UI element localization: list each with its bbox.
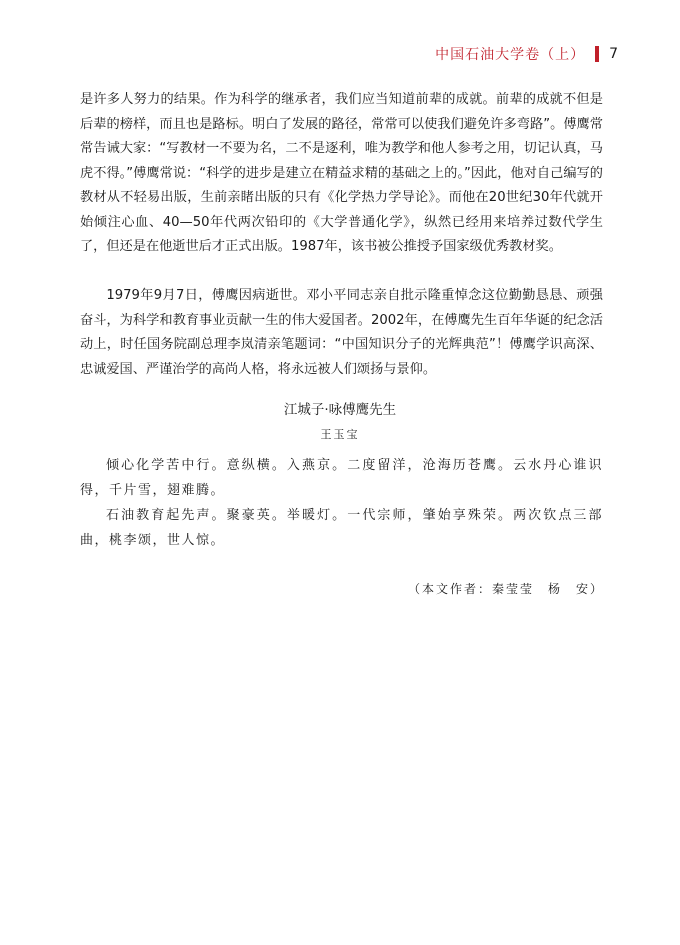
article-paragraph-continued: 是许多人努力的结果。作为科学的继承者，我们应当知道前辈的成就。前辈的成就不但是后… xyxy=(80,88,603,260)
page-header: 中国石油大学卷（上） 7 xyxy=(435,44,618,64)
header-divider xyxy=(595,46,599,62)
paragraph-text: 1979年9月7日，傅鹰因病逝世。邓小平同志亲自批示隆重悼念这位勤勤恳恳、顽强奋… xyxy=(80,284,603,382)
paragraph-text: 是许多人努力的结果。作为科学的继承者，我们应当知道前辈的成就。前辈的成就不但是后… xyxy=(80,88,603,260)
article-paragraph: 1979年9月7日，傅鹰因病逝世。邓小平同志亲自批示隆重悼念这位勤勤恳恳、顽强奋… xyxy=(80,284,603,382)
page-number: 7 xyxy=(609,46,618,62)
poem-stanza: 石油教育起先声。聚豪英。举暖灯。一代宗师，肇始享殊荣。两次钦点三部曲，桃李颂，世… xyxy=(80,503,603,553)
poem-author: 王玉宝 xyxy=(0,426,680,442)
poem-title: 江城子·咏傅鹰先生 xyxy=(0,398,680,418)
book-title: 中国石油大学卷（上） xyxy=(435,44,585,64)
poem-stanza: 倾心化学苦中行。意纵横。入燕京。二度留洋，沧海历苍鹰。云水丹心谁识得，千片雪，翅… xyxy=(80,453,603,503)
poem-body: 倾心化学苦中行。意纵横。入燕京。二度留洋，沧海历苍鹰。云水丹心谁识得，千片雪，翅… xyxy=(80,453,603,553)
author-credit: （本文作者：秦莹莹 杨 安） xyxy=(408,580,604,597)
